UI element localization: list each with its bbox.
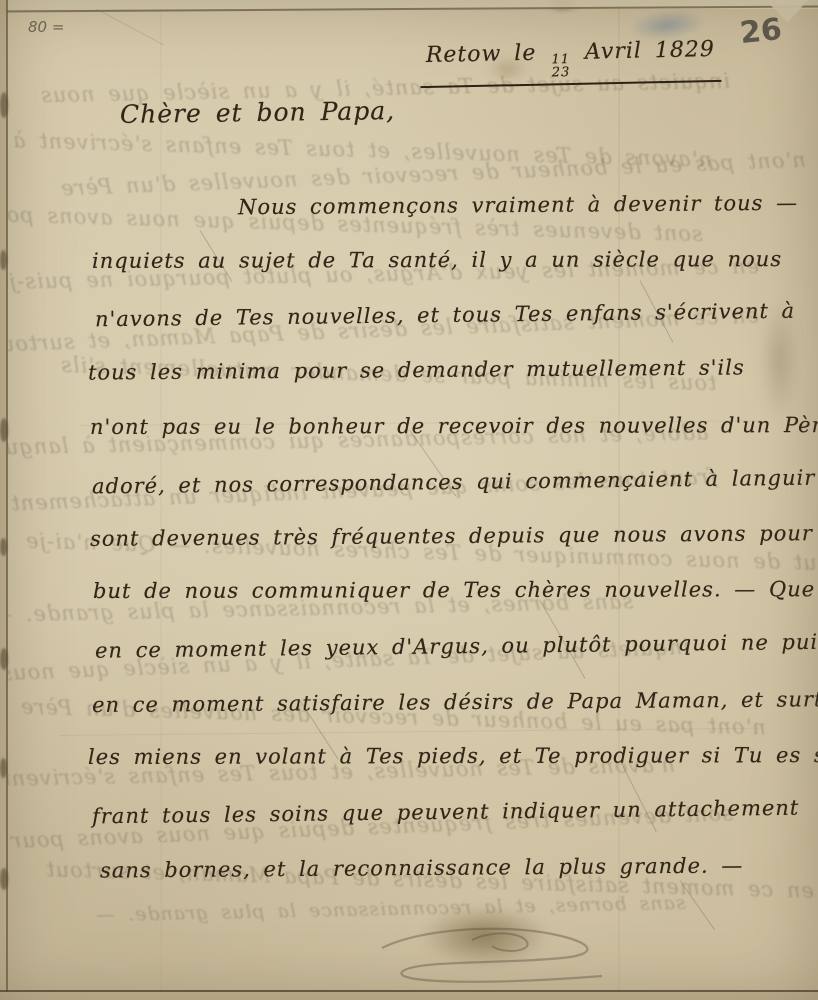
edge-dark-spot <box>0 92 8 118</box>
fold-crease <box>618 0 620 1000</box>
body-line-5: n'ont pas eu le bonheur de recevoir des … <box>90 413 818 439</box>
edge-dark-spot <box>0 250 7 270</box>
edge-dark-spot <box>0 538 7 556</box>
body-line-8: but de nous communiquer de Tes chères no… <box>93 577 818 603</box>
edge-dark-spot <box>0 758 7 778</box>
paper-left-edge-line <box>6 0 8 1000</box>
edge-dark-spot <box>0 418 8 442</box>
dateline-new-style-day: 23 <box>552 66 571 79</box>
stain <box>760 300 800 420</box>
edge-dark-spot <box>0 648 8 670</box>
dateline-month-year: Avril 1829 <box>585 37 715 65</box>
archival-number-top-left: 80 = <box>28 18 64 36</box>
body-line-13: sans bornes, et la reconnaissance la plu… <box>100 853 744 882</box>
body-line-7: sont devenues très fréquentes depuis que… <box>90 521 813 551</box>
letter-page: inquiets au sujet de Ta santé, il y a un… <box>0 0 818 1000</box>
body-line-2: inquiets au sujet de Ta santé, il y a un… <box>92 247 782 273</box>
body-line-10: en ce moment satisfaire les désirs de Pa… <box>92 687 818 717</box>
paper-bottom-edge <box>0 992 818 1000</box>
dateline-dual-date: 11 23 <box>551 53 570 79</box>
body-line-11: les miens en volant à Tes pieds, et Te p… <box>88 743 818 769</box>
body-line-6: adoré, et nos correspondances qui commen… <box>92 466 816 499</box>
dateline: Retow le 11 23 Avril 1829 <box>420 37 722 88</box>
body-line-9: en ce moment les yeux d'Argus, ou plutôt… <box>95 629 818 662</box>
fold-crease <box>160 0 162 1000</box>
body-line-1: Nous commençons vraiment à devenir tous … <box>238 191 798 219</box>
stain <box>488 58 528 80</box>
stain <box>420 905 550 967</box>
archival-number-top-right: 26 <box>738 12 783 51</box>
edge-dark-spot <box>0 868 8 890</box>
